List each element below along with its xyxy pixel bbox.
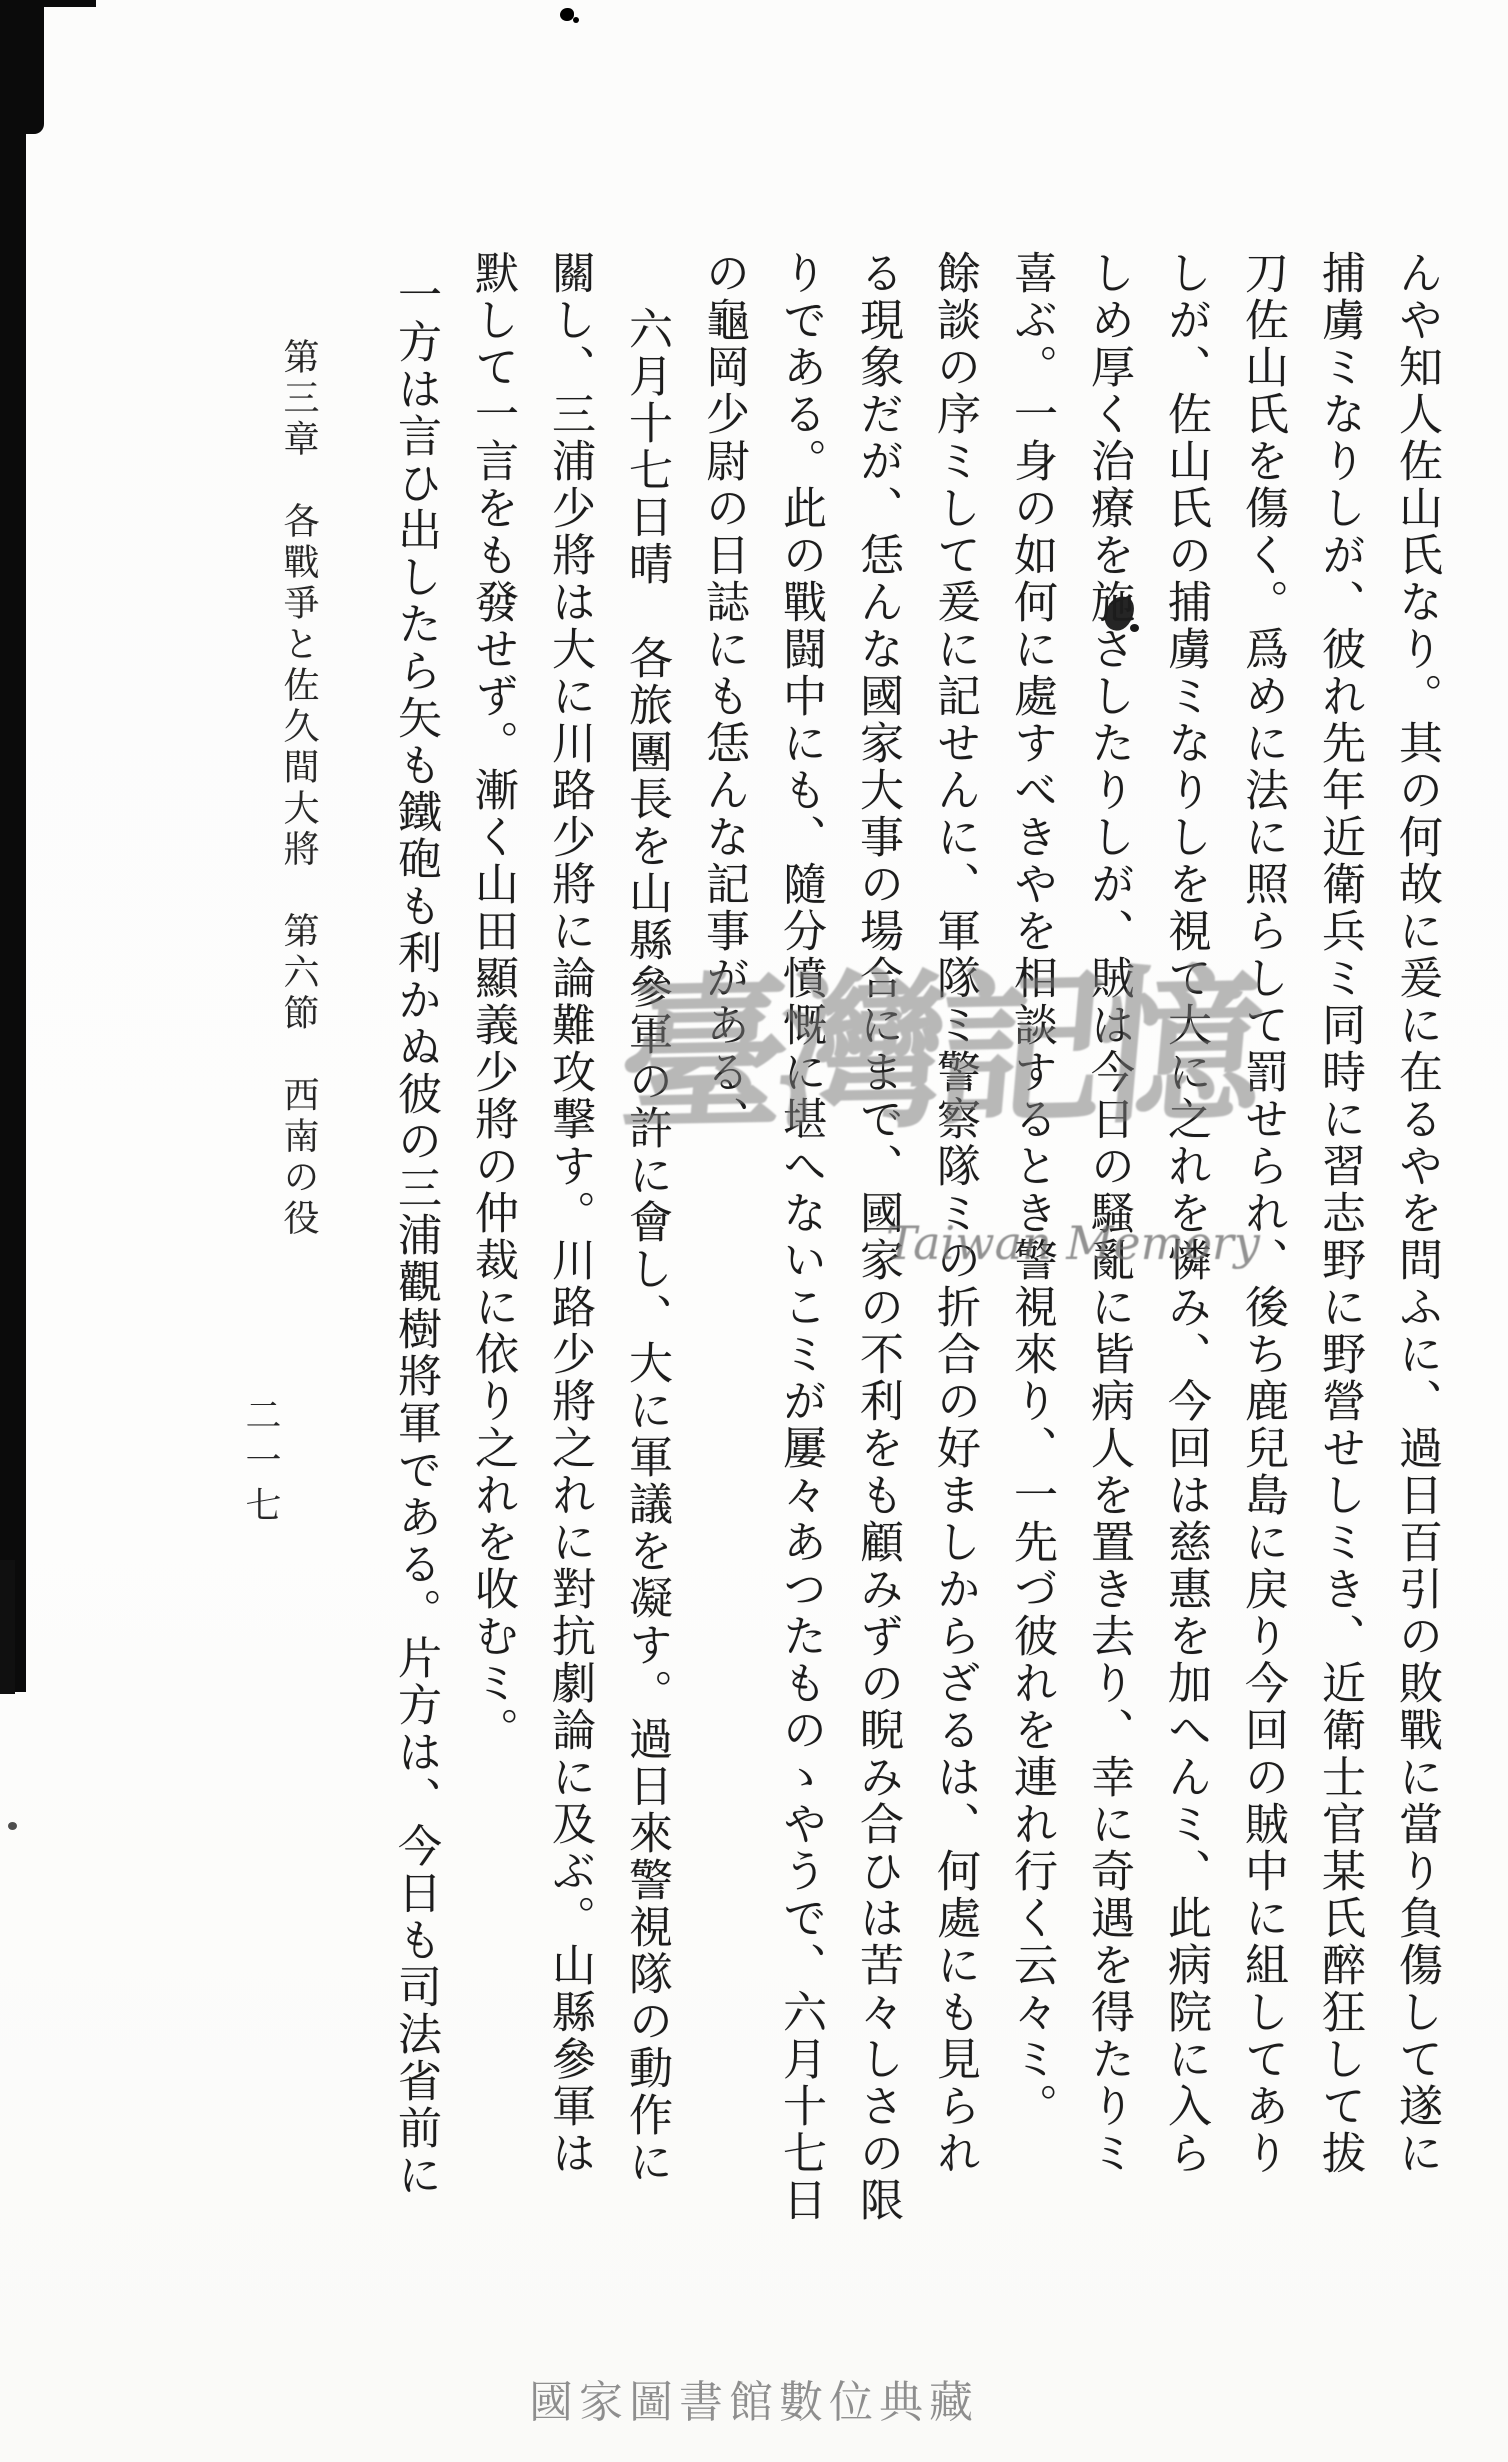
running-title: 第三章 各戰爭と佐久間大將 第六節 西南の役 <box>280 338 316 1298</box>
text-column: しが、佐山氏の捕虜ミなりしを視て大に之れを憐み、今回は慈惠を加へんミ、此病院に入… <box>1163 250 1207 2235</box>
text-column: りである。此の戰闘中にも、隨分憤慨に堪へないこミが屢々あつたものゝやうで、六月十… <box>778 250 822 2235</box>
ink-speck <box>560 8 574 21</box>
scan-black-corner <box>0 0 44 134</box>
ink-speck <box>8 1822 17 1830</box>
text-column: 捕虜ミなりしが、彼れ先年近衛兵ミ同時に習志野に野營せしミき、近衛士官某氏醉狂して… <box>1317 250 1361 2235</box>
scan-black-edge-bar <box>0 0 26 1692</box>
scan-black-edge-tail <box>0 1560 15 1694</box>
text-column: の龜岡少尉の日誌にも恁んな記事がある、 <box>701 250 745 2235</box>
text-column: んや知人佐山氏なり。其の何故に爰に在るやを問ふに、過日百引の敗戰に當り負傷して遂… <box>1394 250 1438 2235</box>
text-column: 餘談の序ミして爰に記せんに、軍隊ミ警察隊ミの折合の好ましからざるは、何處にも見ら… <box>932 250 976 2235</box>
text-column: しめ厚く治療を施さしたりしが、賊は今日の騷亂に皆病人を置き去り、幸に奇遇を得たり… <box>1086 250 1130 2235</box>
text-column: 喜ぶ。一身の如何に處すべきやを相談するとき警視來り、一先づ彼れを連れ行く云々ミ。 <box>1009 250 1053 2235</box>
scan-top-edge-strip <box>0 0 96 7</box>
text-column-paragraph-start: 一方は言ひ出したら矢も鐵砲も利かぬ彼の三浦觀樹將軍である。片方は、今日も司法省前… <box>393 250 437 2235</box>
text-column: 刀佐山氏を傷く。爲めに法に照らして罰せられ、後ち鹿兒島に戻り今回の賊中に組してあ… <box>1240 250 1284 2235</box>
text-column: 默して一言をも發せず。漸く山田顯義少將の仲裁に依り之れを收むミ。 <box>470 250 514 2235</box>
ink-speck <box>573 17 579 23</box>
library-archive-caption: 國家圖書館數位典藏 <box>0 2366 1508 2430</box>
scanned-book-page: んや知人佐山氏なり。其の何故に爰に在るやを問ふに、過日百引の敗戰に當り負傷して遂… <box>0 0 1508 2462</box>
text-column: 關し、三浦少將は大に川路少將に論難攻撃す。川路少將之れに對抗劇論に及ぶ。山縣參軍… <box>547 250 591 2235</box>
text-column-diary-start: 六月十七日晴 各旅團長を山縣參軍の許に會し、大に軍議を凝す。過日來警視隊の動作に <box>624 250 668 2235</box>
body-text: んや知人佐山氏なり。其の何故に爰に在るやを問ふに、過日百引の敗戰に當り負傷して遂… <box>356 250 1438 2235</box>
text-column: る現象だが、恁んな國家大事の場合にまで、國家の不利をも顧みずの睨み合ひは苦々しさ… <box>855 250 899 2235</box>
page-number: 二一七 <box>242 1396 278 1531</box>
